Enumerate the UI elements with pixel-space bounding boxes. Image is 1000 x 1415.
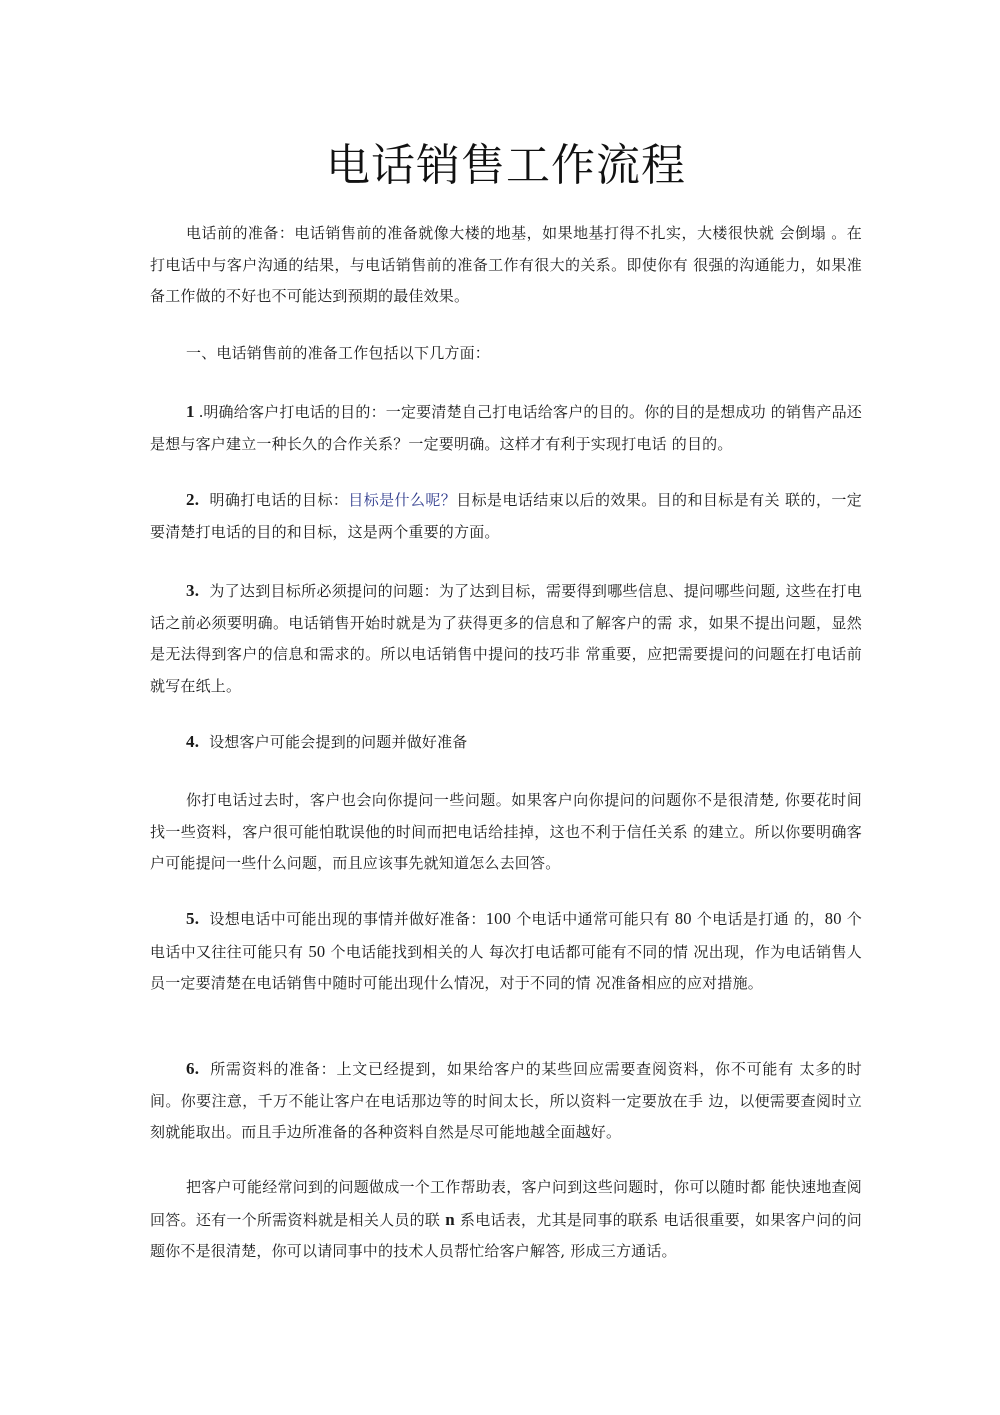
- list-item-1: 1 .明确给客户打电话的目的：一定要清楚自己打电话给客户的目的。你的目的是想成功…: [150, 396, 862, 460]
- list-item-5: 5. 设想电话中可能出现的事情并做好准备：100 个电话中通常可能只有 80 个…: [150, 903, 862, 1000]
- item-text-segment: 个电话是打通 的，: [692, 910, 825, 928]
- item-text-segment: 设想电话中可能出现的事情并做好准备：: [209, 910, 485, 928]
- intro-text: 电话前的准备：电话销售前的准备就像大楼的地基，如果地基打得不扎实，大楼很快就 会…: [150, 224, 862, 305]
- item-number: 2.: [186, 490, 199, 509]
- list-item-6: 6. 所需资料的准备：上文已经提到，如果给客户的某些回应需要查阅资料，你不可能有…: [150, 1053, 862, 1149]
- document-title: 电话销售工作流程: [150, 138, 862, 194]
- item-text: 为了达到目标所必须提问的问题：为了达到目标，需要得到哪些信息、提问哪些问题, 这…: [150, 582, 862, 695]
- item-text-highlight: 目标是什么呢？: [348, 491, 456, 509]
- item-text-segment: 个电话中通常可能只有: [511, 910, 675, 928]
- list-item-6-body: 把客户可能经常问到的问题做成一个工作帮助表，客户问到这些问题时，你可以随时都 能…: [150, 1172, 862, 1268]
- item-number: 1: [186, 402, 195, 421]
- item-number: 4.: [186, 732, 199, 751]
- item-body-text: 你打电话过去时，客户也会向你提问一些问题。如果客户向你提问的问题你不是很清楚, …: [150, 791, 862, 872]
- item-text: 设想客户可能会提到的问题并做好准备: [209, 733, 467, 751]
- list-item-3: 3. 为了达到目标所必须提问的问题：为了达到目标，需要得到哪些信息、提问哪些问题…: [150, 575, 862, 702]
- item-number: 6.: [186, 1059, 199, 1078]
- section-heading-text: 一、电话销售前的准备工作包括以下几方面：: [186, 344, 490, 362]
- item-text: 明确给客户打电话的目的：一定要清楚自己打电话给客户的目的。你的目的是想成功 的销…: [150, 403, 862, 453]
- number-value: 80: [675, 909, 692, 928]
- item-text-before: 明确打电话的目标：: [210, 491, 349, 509]
- number-value: 80: [825, 909, 842, 928]
- list-item-4-body: 你打电话过去时，客户也会向你提问一些问题。如果客户向你提问的问题你不是很清楚, …: [150, 785, 862, 880]
- item-number: 3.: [186, 581, 199, 600]
- bold-character: n: [445, 1210, 455, 1229]
- list-item-4: 4. 设想客户可能会提到的问题并做好准备: [150, 726, 862, 759]
- number-value: 100: [486, 909, 511, 928]
- number-value: 50: [308, 942, 325, 961]
- item-text: 所需资料的准备：上文已经提到，如果给客户的某些回应需要查阅资料，你不可能有 太多…: [150, 1060, 862, 1141]
- item-number: 5.: [186, 909, 199, 928]
- intro-paragraph: 电话前的准备：电话销售前的准备就像大楼的地基，如果地基打得不扎实，大楼很快就 会…: [150, 218, 862, 313]
- section-heading: 一、电话销售前的准备工作包括以下几方面：: [150, 338, 862, 370]
- list-item-2: 2. 明确打电话的目标：目标是什么呢？目标是电话结束以后的效果。目的和目标是有关…: [150, 484, 862, 548]
